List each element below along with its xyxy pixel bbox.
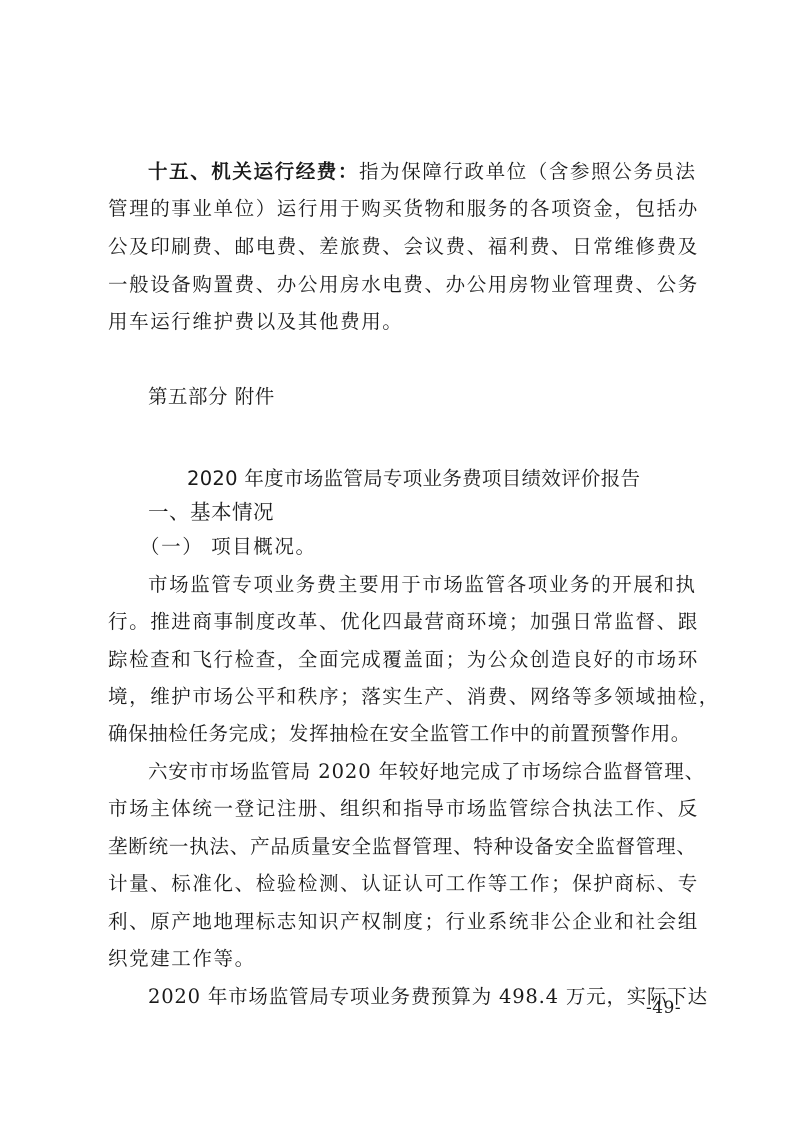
page-number: -49- [646,998,681,1018]
section15-line-2: 管理的事业单位）运行用于购买货物和服务的各项资金，包括办 [108,197,690,221]
report-title: 2020 年度市场监管局专项业务费项目绩效评价报告 [187,463,640,491]
section15-line-5: 用车运行维护费以及其他费用。 [108,310,690,334]
section15-heading: 十五、机关运行经费： [148,160,359,183]
section15-line-1: 十五、机关运行经费：指为保障行政单位（含参照公务员法 [148,160,690,184]
para2-line-5: 利、原产地地理标志知识产权制度；行业系统非公企业和社会组 [108,910,690,934]
subsection1-heading: （一） 项目概况。 [140,535,722,559]
para1-line-3: 踪检查和飞行检查，全面完成覆盖面；为公众创造良好的市场环 [108,648,690,672]
para1-line-2: 行。推进商事制度改革、优化四最营商环境；加强日常监督、跟 [108,610,690,634]
para2-line-2: 市场主体统一登记注册、组织和指导市场监管综合执法工作、反 [108,797,690,821]
para2-line-3: 垄断统一执法、产品质量安全监督管理、特种设备安全监督管理、 [108,835,690,859]
section15-line-4: 一般设备购置费、办公用房水电费、办公用房物业管理费、公务 [108,273,690,297]
para2-line-4: 计量、标准化、检验检测、认证认可工作等工作；保护商标、专 [108,872,690,896]
para3-line-1: 2020 年市场监管局专项业务费预算为 498.4 万元，实际下达 [148,985,690,1009]
para1-line-4: 境，维护市场公平和秩序；落实生产、消费、网络等多领域抽检， [108,685,690,709]
part5-heading: 第五部分 附件 [148,385,690,409]
para1-line-5: 确保抽检任务完成；发挥抽检在安全监管工作中的前置预警作用。 [108,722,690,746]
para1-line-1: 市场监管专项业务费主要用于市场监管各项业务的开展和执 [148,573,690,597]
para2-line-6: 织党建工作等。 [108,947,690,971]
para2-line-1: 六安市市场监管局 2020 年较好地完成了市场综合监督管理、 [148,760,690,784]
section1-heading: 一、基本情况 [148,500,690,524]
section15-line-3: 公及印刷费、邮电费、差旅费、会议费、福利费、日常维修费及 [108,235,690,259]
